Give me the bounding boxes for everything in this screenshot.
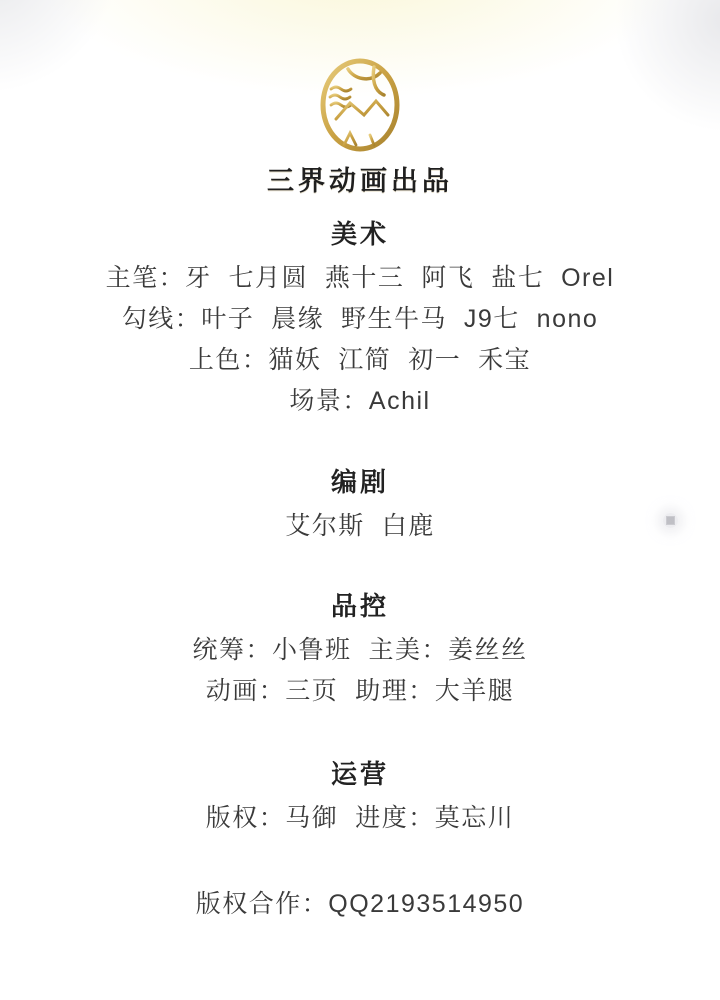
credits-page: 三界动画出品 美术 主笔：牙 七月圆 燕十三 阿飞 盐七 Orel 勾线：叶子 …: [0, 0, 720, 1000]
credit-line-coordination: 统筹：小鲁班 主美：姜丝丝: [193, 636, 528, 664]
credit-line-writers: 艾尔斯 白鹿: [285, 512, 434, 540]
credit-line-backgrounds: 场景：Achil: [289, 387, 430, 415]
section-title-art: 美术: [331, 214, 389, 251]
publisher-name: 三界动画出品: [267, 159, 453, 198]
credit-line-lead-artists: 主笔：牙 七月圆 燕十三 阿飞 盐七 Orel: [106, 264, 615, 292]
copyright-contact-line: 版权合作：QQ2193514950: [196, 884, 524, 920]
watermark-dot-icon: [663, 513, 678, 528]
credit-line-lineart: 勾线：叶子 晨缘 野生牛马 J9七 nono: [122, 305, 599, 333]
section-title-operations: 运营: [331, 754, 389, 791]
credit-line-coloring: 上色：猫妖 江简 初一 禾宝: [189, 346, 531, 374]
credit-line-animation-assist: 动画：三页 助理：大羊腿: [206, 677, 514, 705]
publisher-seal-logo: [312, 57, 408, 153]
section-title-quality-control: 品控: [331, 586, 389, 623]
gold-seal-icon: [314, 57, 406, 153]
credit-line-rights-progress: 版权：马御 进度：莫忘川: [206, 804, 514, 832]
section-title-writers: 编剧: [331, 462, 389, 499]
